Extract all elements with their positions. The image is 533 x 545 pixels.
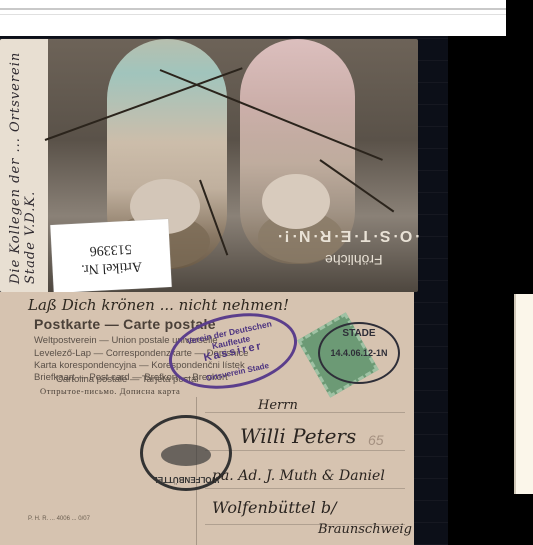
scan-edge-line [0,8,506,10]
handwritten-top-line: Laß Dich krönen ... nicht nehmen! [28,296,289,314]
scan-edge-line [0,14,506,15]
child-face-right [262,174,330,229]
address-rule [205,450,405,451]
address-city: Wolfenbüttel b/ [212,498,337,517]
postmark-stade: STADE 14.4.06.12-1N [318,322,400,384]
address-company: pa. Ad. J. Muth & Daniel [212,468,385,484]
greeting-froehliche: Fröhliche [325,252,383,268]
adjacent-card-edge [514,294,533,494]
address-region: Braunschweig [318,522,412,537]
address-salutation: Herrn [258,398,298,413]
address-rule [205,412,405,413]
postmark-ink-blot [161,444,211,466]
handwritten-margin-note: Die Kollegen der ... Ortsverein Stade V.… [8,44,48,284]
address-rule [205,488,405,489]
top-margin [0,0,506,36]
postmark-date: 14.4.06.12-1N [320,348,398,358]
article-label: Artikel Nr. 513396 [50,219,171,293]
pencil-mark: 65 [368,432,384,448]
address-name: Willi Peters [240,424,356,448]
postmark-city: STADE [320,328,398,339]
printer-note: P. H. R. ... 4006 ... 0/07 [28,516,90,522]
greeting-ostern: ·O·S·T·E·R·N·!· [275,226,420,244]
cyrillic-line: Отпрытое-письмо. Дописна карта [40,386,180,396]
